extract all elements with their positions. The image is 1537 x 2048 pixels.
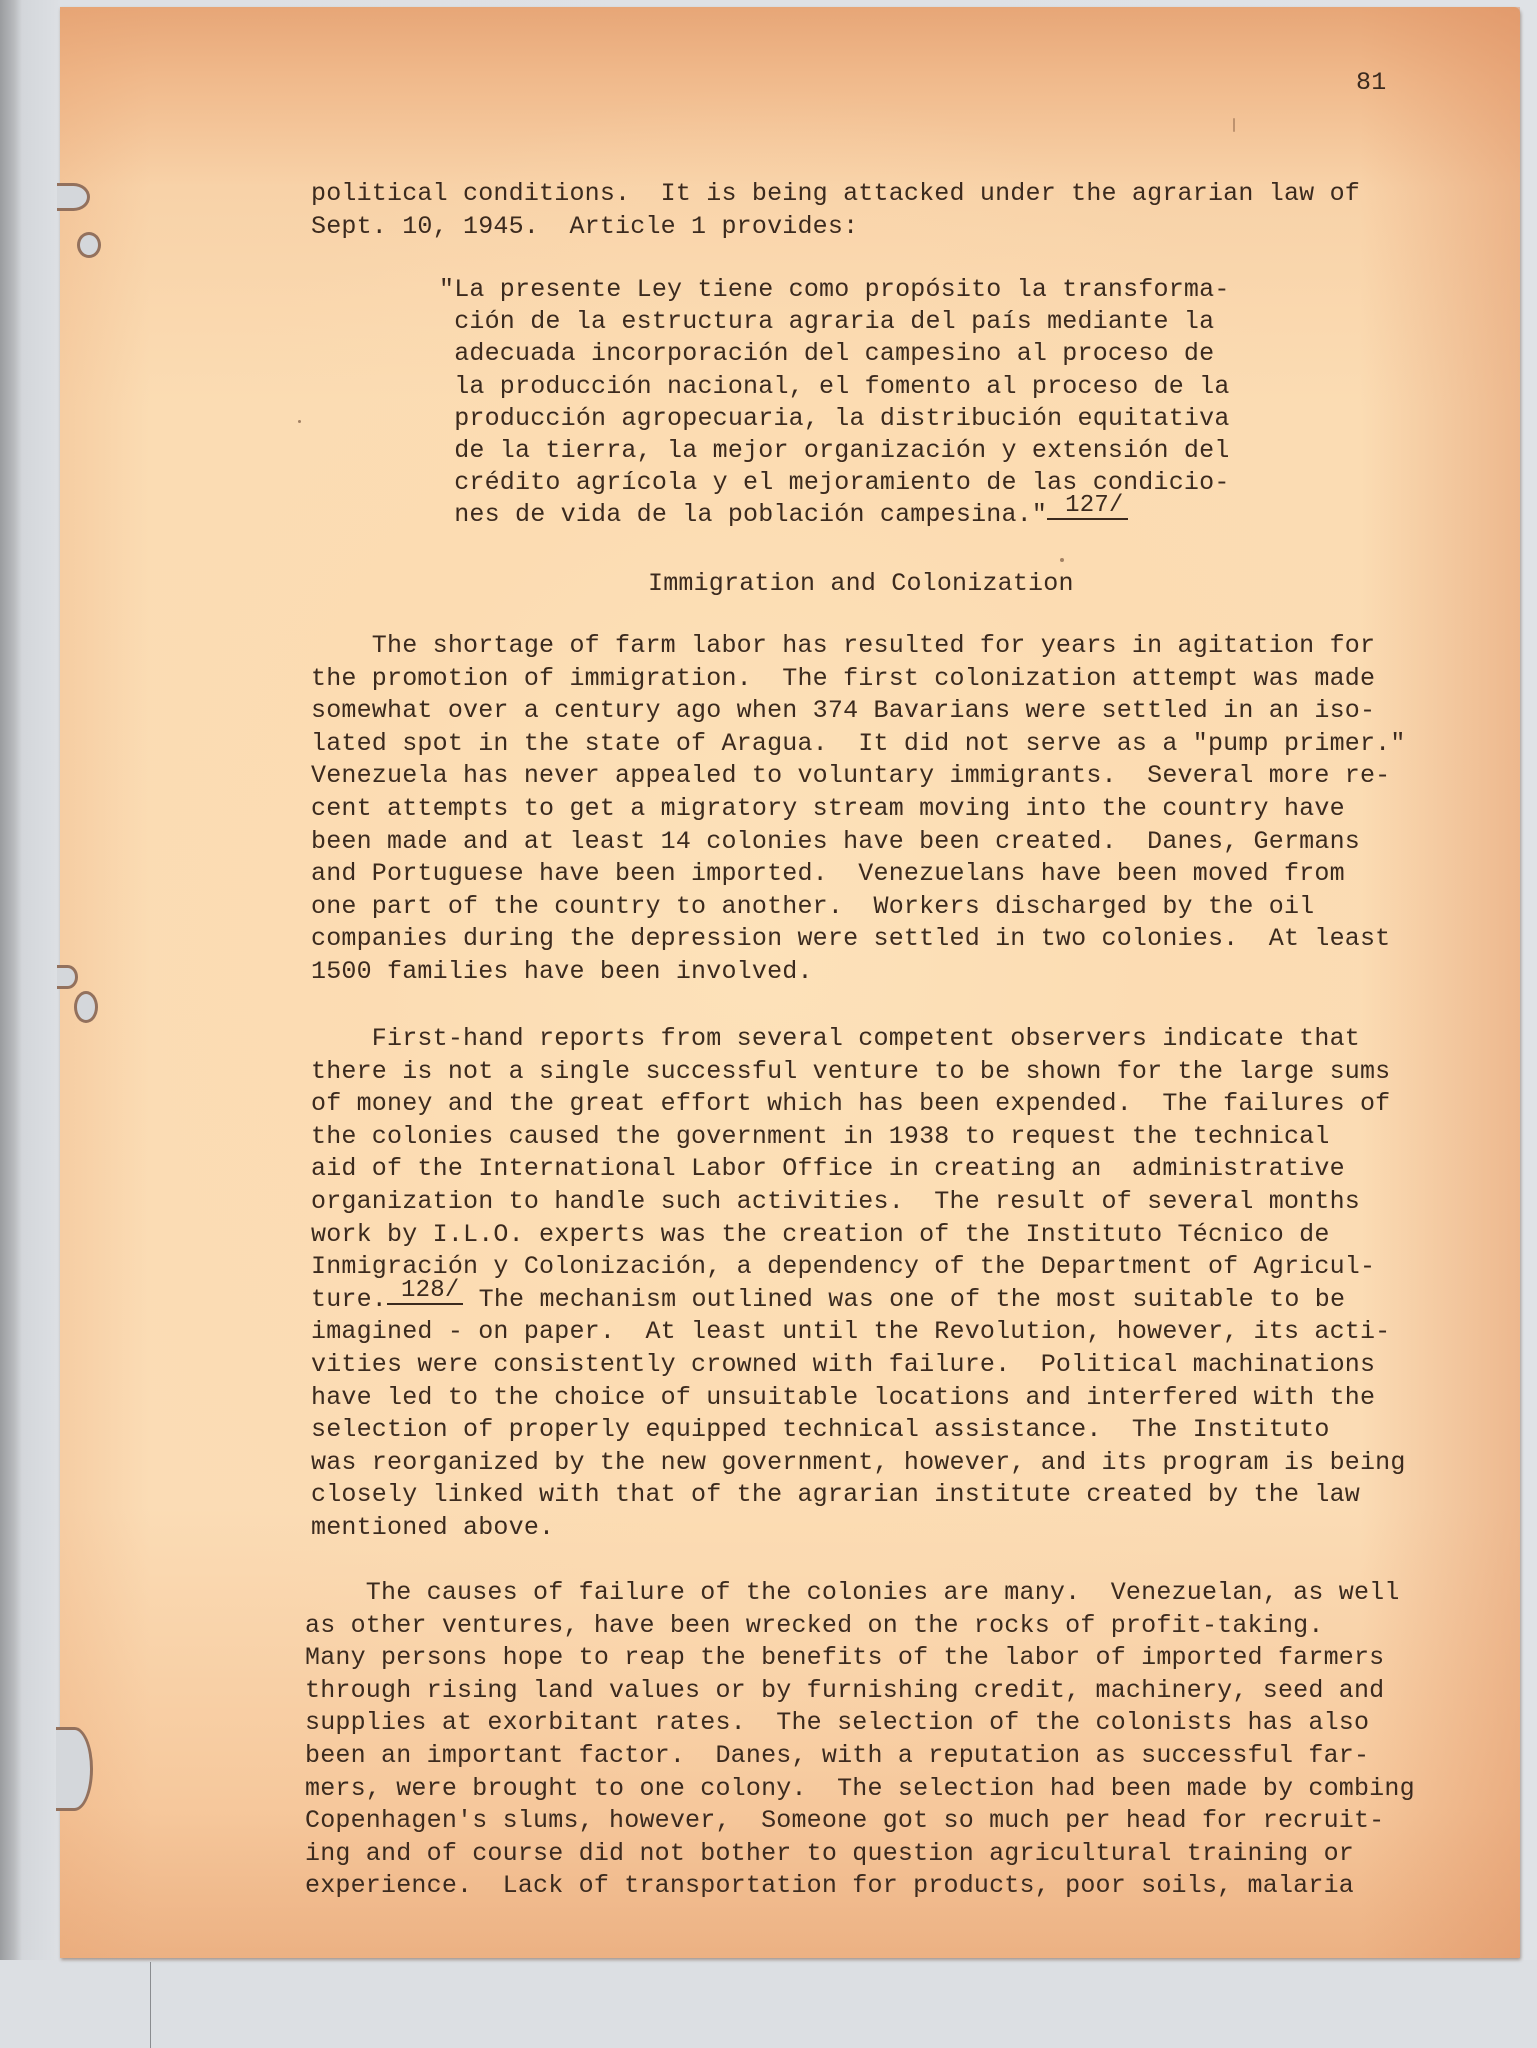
text-line: work by I.L.O. experts was the creation … xyxy=(311,1219,1406,1252)
text-line: somewhat over a century ago when 374 Bav… xyxy=(311,695,1406,728)
text-line: ing and of course did not bother to ques… xyxy=(305,1838,1415,1871)
text-line: selection of properly equipped technical… xyxy=(311,1414,1406,1447)
text-line-with-footnote: ture.128/ The mechanism outlined was one… xyxy=(311,1284,1406,1317)
text-line: Sept. 10, 1945. Article 1 provides: xyxy=(311,211,1360,244)
text-line: cent attempts to get a migratory stream … xyxy=(311,793,1406,826)
text-fragment: ture. xyxy=(311,1285,387,1314)
paragraph-first-hand-reports: First-hand reports from several competen… xyxy=(311,1023,1406,1545)
text-line: First-hand reports from several competen… xyxy=(311,1023,1406,1056)
paragraph-immigration: The shortage of farm labor has resulted … xyxy=(311,630,1406,989)
text-line: was reorganized by the new government, h… xyxy=(311,1447,1406,1480)
quote-line: la producción nacional, el fomento al pr… xyxy=(439,371,1230,403)
law-quotation: "La presente Ley tiene como propósito la… xyxy=(439,274,1230,532)
text-line: of money and the great effort which has … xyxy=(311,1088,1406,1121)
paragraph-causes-of-failure: The causes of failure of the colonies ar… xyxy=(305,1577,1415,1903)
quote-line: "La presente Ley tiene como propósito la… xyxy=(439,274,1230,306)
text-line: as other ventures, have been wrecked on … xyxy=(305,1610,1415,1643)
quote-line: nes de vida de la población campesina."1… xyxy=(439,499,1230,531)
text-line: political conditions. It is being attack… xyxy=(311,178,1360,211)
text-fragment: The mechanism outlined was one of the mo… xyxy=(463,1285,1345,1314)
text-line: companies during the depression were set… xyxy=(311,923,1406,956)
opening-paragraph: political conditions. It is being attack… xyxy=(311,178,1360,243)
text-line: the promotion of immigration. The first … xyxy=(311,663,1406,696)
text-line: the colonies caused the government in 19… xyxy=(311,1121,1406,1154)
footnote-reference-127: 127/ xyxy=(1047,494,1127,520)
text-line: aid of the International Labor Office in… xyxy=(311,1153,1406,1186)
text-line: imagined - on paper. At least until the … xyxy=(311,1316,1406,1349)
text-line: Inmigración y Colonización, a dependency… xyxy=(311,1251,1406,1284)
text-line: mentioned above. xyxy=(311,1512,1406,1545)
text-line: one part of the country to another. Work… xyxy=(311,891,1406,924)
text-line: vities were consistently crowned with fa… xyxy=(311,1349,1406,1382)
section-heading: Immigration and Colonization xyxy=(648,569,1074,598)
text-line: there is not a single successful venture… xyxy=(311,1056,1406,1089)
text-line: have led to the choice of unsuitable loc… xyxy=(311,1382,1406,1415)
text-line: through rising land values or by furnish… xyxy=(305,1675,1415,1708)
page-number: 81 xyxy=(1356,68,1386,97)
text-line: Many persons hope to reap the benefits o… xyxy=(305,1642,1415,1675)
text-line: The causes of failure of the colonies ar… xyxy=(305,1577,1415,1610)
quote-last-line-text: nes de vida de la población campesina." xyxy=(439,500,1047,529)
text-line: 1500 families have been involved. xyxy=(311,956,1406,989)
text-line: been an important factor. Danes, with a … xyxy=(305,1740,1415,1773)
quote-line: ción de la estructura agraria del país m… xyxy=(439,306,1230,338)
quote-line: adecuada incorporación del campesino al … xyxy=(439,338,1230,370)
page-text: 81 political conditions. It is being att… xyxy=(0,0,1537,2048)
text-line: organization to handle such activities. … xyxy=(311,1186,1406,1219)
text-line: supplies at exorbitant rates. The select… xyxy=(305,1707,1415,1740)
text-line: Copenhagen's slums, however, Someone got… xyxy=(305,1805,1415,1838)
text-line: Venezuela has never appealed to voluntar… xyxy=(311,760,1406,793)
text-line: and Portuguese have been imported. Venez… xyxy=(311,858,1406,891)
text-line: been made and at least 14 colonies have … xyxy=(311,826,1406,859)
text-line: The shortage of farm labor has resulted … xyxy=(311,630,1406,663)
quote-line: de la tierra, la mejor organización y ex… xyxy=(439,435,1230,467)
text-line: closely linked with that of the agrarian… xyxy=(311,1479,1406,1512)
quote-line: producción agropecuaria, la distribución… xyxy=(439,403,1230,435)
text-line: lated spot in the state of Aragua. It di… xyxy=(311,728,1406,761)
footnote-reference-128: 128/ xyxy=(387,1279,463,1305)
text-line: mers, were brought to one colony. The se… xyxy=(305,1773,1415,1806)
text-line: experience. Lack of transportation for p… xyxy=(305,1870,1415,1903)
